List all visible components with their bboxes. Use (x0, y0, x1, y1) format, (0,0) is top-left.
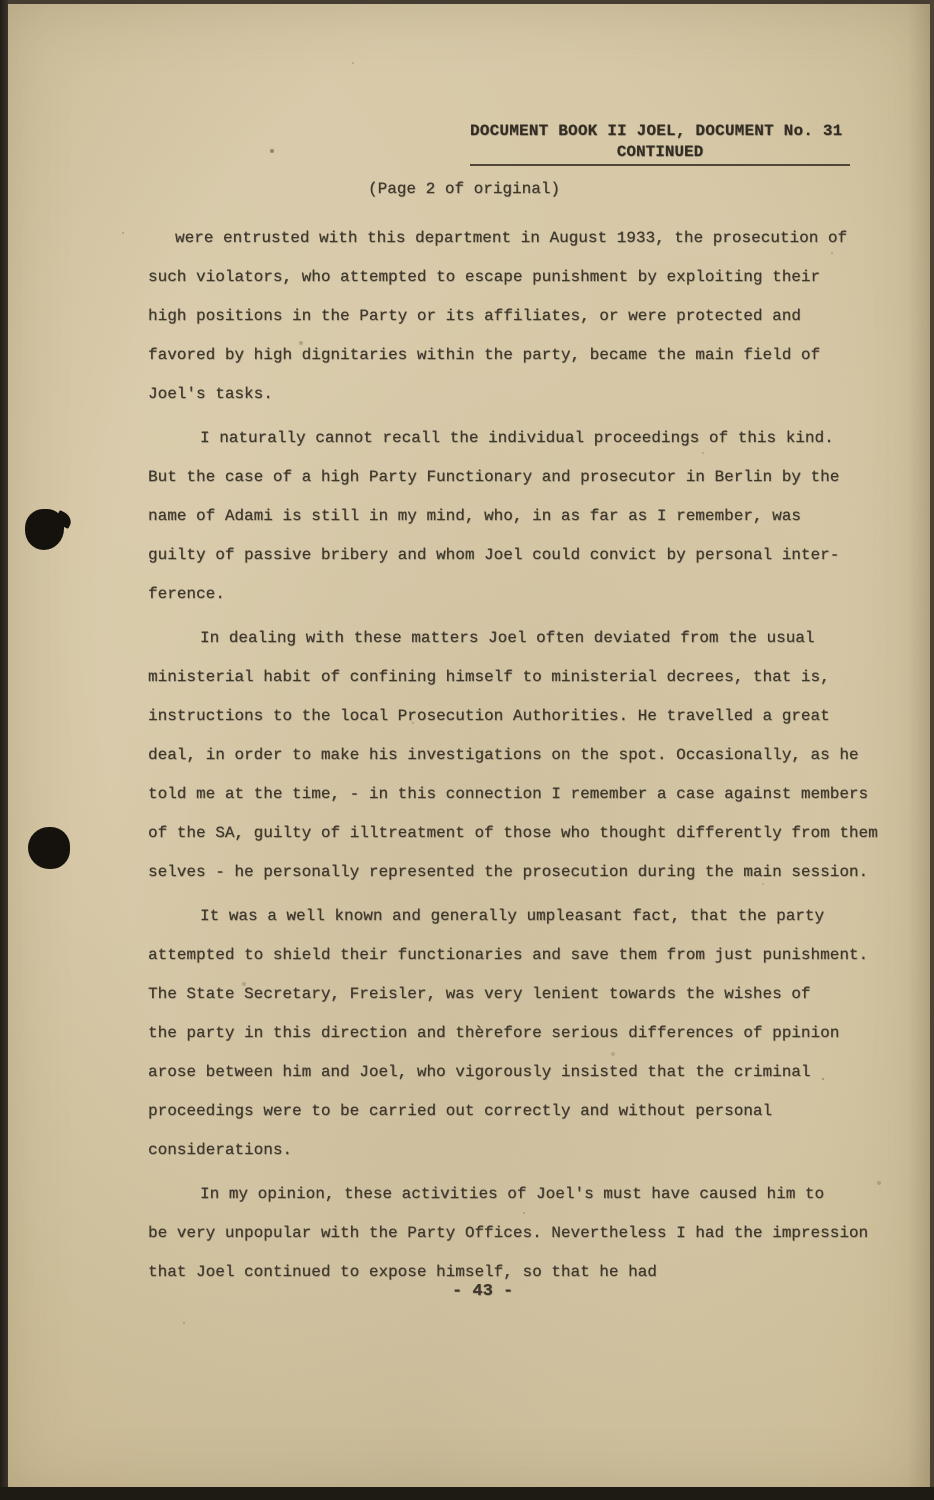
paragraph: In dealing with these matters Joel often… (148, 619, 908, 892)
document-body: were entrusted with this department in A… (148, 219, 908, 1297)
hole-punch-top (25, 509, 64, 550)
text-line: arose between him and Joel, who vigorous… (148, 1053, 908, 1092)
text-line: of the SA, guilty of illtreatment of tho… (148, 814, 908, 853)
scanned-page: DOCUMENT BOOK II JOEL, DOCUMENT No. 31 C… (0, 0, 934, 1500)
text-line: considerations. (148, 1131, 908, 1170)
scan-edge-bottom (0, 1487, 934, 1500)
paragraph: I naturally cannot recall the individual… (148, 419, 908, 614)
text-line: the party in this direction and thèrefor… (148, 1014, 908, 1053)
text-line: favored by high dignitaries within the p… (148, 336, 908, 375)
text-line: selves - he personally represented the p… (148, 853, 908, 892)
page-reference: (Page 2 of original) (368, 180, 560, 198)
paragraph: It was a well known and generally umplea… (148, 897, 908, 1170)
text-line: were entrusted with this department in A… (148, 219, 908, 258)
text-line: guilty of passive bribery and whom Joel … (148, 536, 908, 575)
text-line: ference. (148, 575, 908, 614)
text-line: I naturally cannot recall the individual… (148, 419, 908, 458)
text-line: proceedings were to be carried out corre… (148, 1092, 908, 1131)
scan-edge-left (0, 0, 8, 1500)
scan-edge-right (930, 0, 934, 1500)
document-continued-label: CONTINUED (470, 142, 850, 166)
text-line: deal, in order to make his investigation… (148, 736, 908, 775)
text-line: In my opinion, these activities of Joel'… (148, 1175, 908, 1214)
page-number: - 43 - (452, 1282, 513, 1301)
text-line: name of Adami is still in my mind, who, … (148, 497, 908, 536)
text-line: ministerial habit of confining himself t… (148, 658, 908, 697)
text-line: such violators, who attempted to escape … (148, 258, 908, 297)
text-line: that Joel continued to expose himself, s… (148, 1253, 908, 1292)
hole-punch-bottom (28, 827, 70, 869)
text-line: high positions in the Party or its affil… (148, 297, 908, 336)
text-line: told me at the time, - in this connectio… (148, 775, 908, 814)
text-line: In dealing with these matters Joel often… (148, 619, 908, 658)
document-title: DOCUMENT BOOK II JOEL, DOCUMENT No. 31 (470, 121, 850, 141)
text-line: be very unpopular with the Party Offices… (148, 1214, 908, 1253)
paragraph: In my opinion, these activities of Joel'… (148, 1175, 908, 1292)
document-header: DOCUMENT BOOK II JOEL, DOCUMENT No. 31 C… (470, 121, 850, 166)
text-line: It was a well known and generally umplea… (148, 897, 908, 936)
text-line: attempted to shield their functionaries … (148, 936, 908, 975)
document-paper: DOCUMENT BOOK II JOEL, DOCUMENT No. 31 C… (0, 0, 934, 1500)
text-line: But the case of a high Party Functionary… (148, 458, 908, 497)
text-line: Joel's tasks. (148, 375, 908, 414)
scan-edge-top (0, 0, 934, 4)
text-line: The State Secretary, Freisler, was very … (148, 975, 908, 1014)
text-line: instructions to the local Prosecution Au… (148, 697, 908, 736)
paragraph: were entrusted with this department in A… (148, 219, 908, 414)
